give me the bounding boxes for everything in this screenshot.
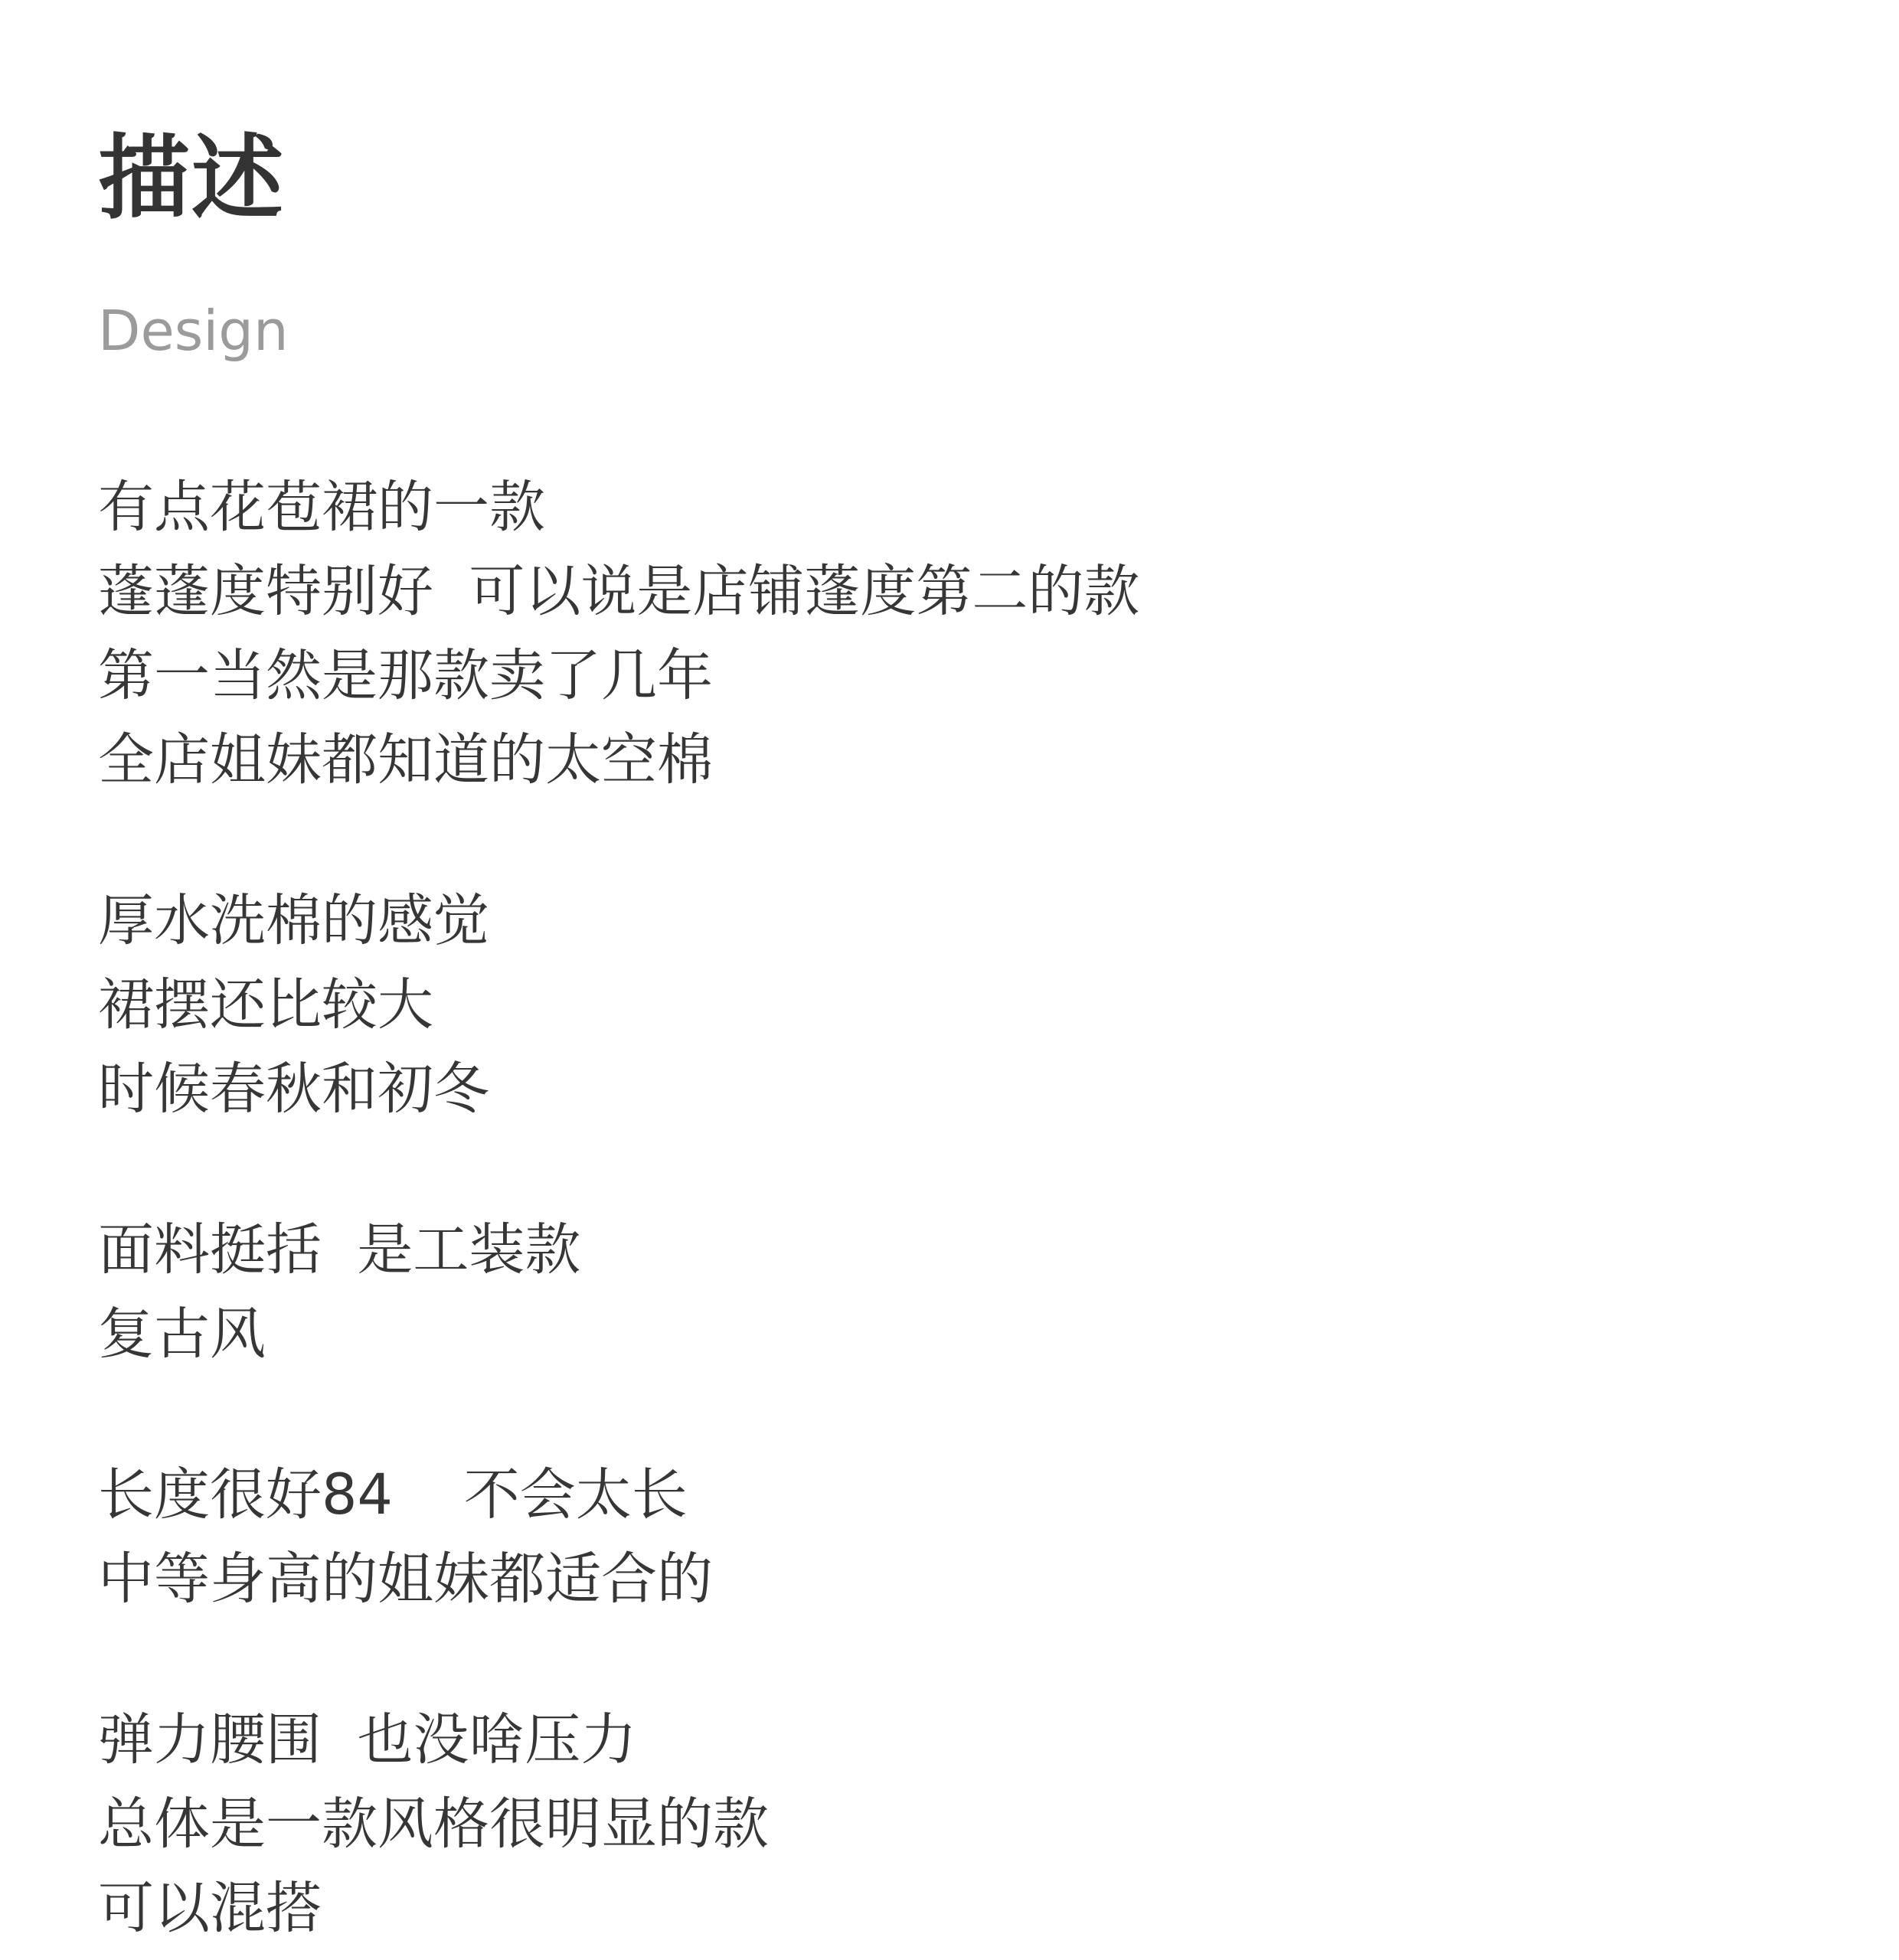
text-line: 厚水洗棉的感觉 xyxy=(98,879,1807,963)
page-title: 描述 xyxy=(98,129,1807,230)
text-line: 弹力腰围 也没啥压力 xyxy=(98,1698,1807,1782)
product-description-page: 描述 Design 有点花苞裙的一款 蓬蓬度特别好 可以说是店铺蓬度第二的款 第… xyxy=(0,0,1899,1960)
text-line: 复古风 xyxy=(98,1292,1807,1377)
text-line: 长度很好84 不会太长 xyxy=(98,1453,1807,1537)
paragraph-feel-season: 厚水洗棉的感觉 裙摆还比较大 时候春秋和初冬 xyxy=(98,879,1807,1132)
text-line: 蓬蓬度特别好 可以说是店铺蓬度第二的款 xyxy=(98,550,1807,634)
text-line: 第一当然是那款卖了几年 xyxy=(98,634,1807,718)
text-line: 时候春秋和初冬 xyxy=(98,1047,1807,1132)
text-line: 中等身高的姐妹都适合的 xyxy=(98,1537,1807,1622)
text-line: 裙摆还比较大 xyxy=(98,963,1807,1047)
text-line: 面料挺括 是工装款 xyxy=(98,1208,1807,1292)
text-line: 有点花苞裙的一款 xyxy=(98,465,1807,550)
paragraph-waist-summary: 弹力腰围 也没啥压力 总体是一款风格很明显的款 可以混搭 xyxy=(98,1698,1807,1951)
paragraph-style: 面料挺括 是工装款 复古风 xyxy=(98,1208,1807,1377)
paragraph-length: 长度很好84 不会太长 中等身高的姐妹都适合的 xyxy=(98,1453,1807,1622)
text-line: 可以混搭 xyxy=(98,1867,1807,1951)
text-line: 总体是一款风格很明显的款 xyxy=(98,1782,1807,1867)
page-subtitle: Design xyxy=(98,303,1807,358)
paragraph-fabric-intro: 有点花苞裙的一款 蓬蓬度特别好 可以说是店铺蓬度第二的款 第一当然是那款卖了几年… xyxy=(98,465,1807,802)
text-line: 全店姐妹都知道的太空棉 xyxy=(98,718,1807,802)
description-body: 有点花苞裙的一款 蓬蓬度特别好 可以说是店铺蓬度第二的款 第一当然是那款卖了几年… xyxy=(98,465,1807,1951)
